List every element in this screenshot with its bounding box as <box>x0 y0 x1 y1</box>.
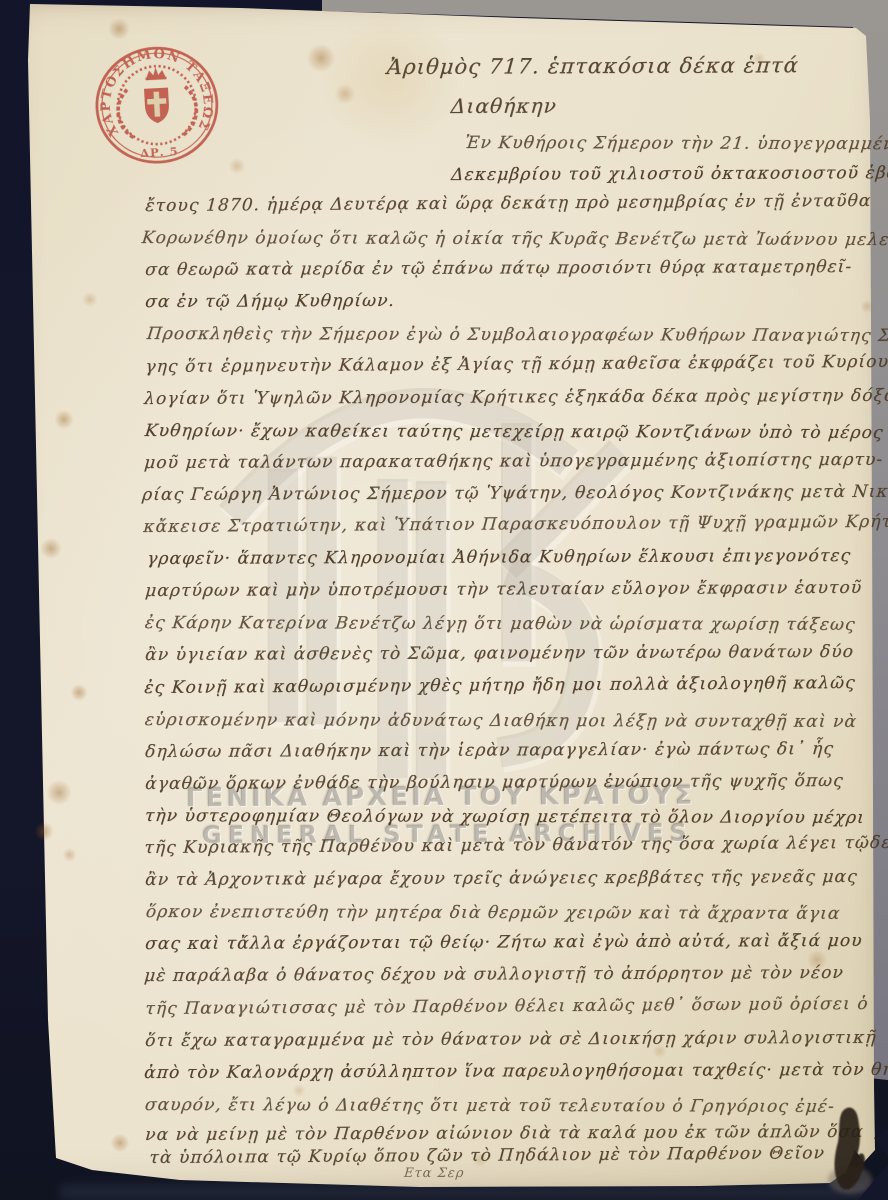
stamp-denomination: ΔΡ. 5 <box>140 144 179 160</box>
catchword: Ετα Σερ <box>403 1166 465 1181</box>
handwriting-line: ρίας Γεώργη Ἀντώνιος Σήμερον τῷ Ὑψάτην, … <box>141 482 888 505</box>
handwriting-line: γραφεῖν· ἅπαντες Κληρονομίαι Ἀθήνιδα Κυθ… <box>146 546 852 569</box>
handwriting-line: ἀπὸ τὸν Καλονάρχη ἀσύλληπτον ἵνα παρευλο… <box>143 1060 888 1083</box>
handwriting-line: Δεκεμβρίου τοῦ χιλιοστοῦ ὀκτακοσιοστοῦ ἑ… <box>450 163 888 185</box>
handwriting-line: ἐς Κάρην Κατερίνα Βενέτζω λέγῃ ὅτι μαθὼν… <box>144 613 857 635</box>
handwriting-line: Προσκληθεὶς τὴν Σήμερον ἐγὼ ὁ Συμβολαιογ… <box>146 324 888 346</box>
handwriting-line: ἀγαθῶν ὅρκων ἐνθάδε τὴν βούλησιν μαρτύρω… <box>144 771 844 794</box>
handwriting-line: Διαθήκην <box>450 94 558 118</box>
handwriting-line: Κορωνέθην ὁμοίως ὅτι καλῶς ἡ οἰκία τῆς Κ… <box>141 228 888 250</box>
handwriting-line: σαυρόν, ἔτι λέγω ὁ Διαθέτης ὅτι μετὰ τοῦ… <box>144 1095 836 1117</box>
revenue-stamp: ΧΑΡΤΟΣΗΜΟΝ ΤΑΞΕΩΣ ΔΡ. 5 <box>89 41 231 174</box>
handwriting-line: Ἐν Κυθήροις Σήμερον τὴν 21. ὑπογεγραμμέν… <box>464 133 888 154</box>
handwriting-line: ἂν τὰ Ἀρχοντικὰ μέγαρα ἔχουν τρεῖς ἀνώγε… <box>144 867 858 890</box>
handwriting-line: εὑρισκομένην καὶ μόνην ἀδυνάτως Διαθήκη … <box>144 710 858 732</box>
handwriting-line: λογίαν ὅτι Ὑψηλῶν Κληρονομίας Κρήτικες ἑ… <box>143 386 888 409</box>
ink-blot <box>812 1080 888 1200</box>
handwriting-line: ὅρκον ἐνεπιστεύθη τὴν μητέρα διὰ θερμῶν … <box>145 902 842 924</box>
handwriting-line: μὲ παράλαβα ὁ θάνατος δέχου νὰ συλλογιστ… <box>143 963 844 986</box>
handwriting-line: σα θεωρῶ κατὰ μερίδα ἐν τῷ ἐπάνω πάτῳ πρ… <box>144 257 853 280</box>
cross-shield-icon <box>144 88 170 124</box>
handwriting-line: μαρτύρων καὶ μὴν ὑποτρέμουσι τὴν τελευτα… <box>144 578 863 601</box>
handwriting-line: Κυθηρίων· ἔχων καθείκει ταύτης μετεχείρῃ… <box>144 421 885 443</box>
handwriting-line: μοῦ μετὰ ταλάντων παρακαταθήκης καὶ ὑπογ… <box>143 450 884 473</box>
handwriting-line: ὅτι ἔχω καταγραμμένα μὲ τὸν θάνατον νὰ σ… <box>144 1028 877 1051</box>
handwriting-line: να νὰ μείνῃ μὲ τὸν Παρθένον αἰώνιον διὰ … <box>144 1122 864 1145</box>
handwriting-line: σα ἐν τῷ Δήμῳ Κυθηρίων. <box>144 291 396 312</box>
manuscript-photo: ΓΕΝΙΚΑ ΑΡΧΕΙΑ ΤΟΥ ΚΡΑΤΟΥΣ GENERAL STATE … <box>0 0 888 1200</box>
handwriting-line: δηλώσω πᾶσι Διαθήκην καὶ τὴν ἱερὰν παραγ… <box>144 739 834 762</box>
handwriting-line: σας καὶ τἄλλα ἐργάζονται τῷ θείῳ· Ζήτω κ… <box>144 931 863 954</box>
crown-icon <box>145 67 167 81</box>
handwriting-line: τὴν ὑστεροφημίαν Θεολόγων νὰ χωρίσῃ μετέ… <box>144 806 866 828</box>
handwriting-line: Ἀριθμὸς 717. ἑπτακόσια δέκα ἑπτά <box>386 53 800 79</box>
handwriting-line: ἂν ὑγιείαν καὶ ἀσθενὲς τὸ Σῶμα, φαινομέν… <box>144 642 855 665</box>
